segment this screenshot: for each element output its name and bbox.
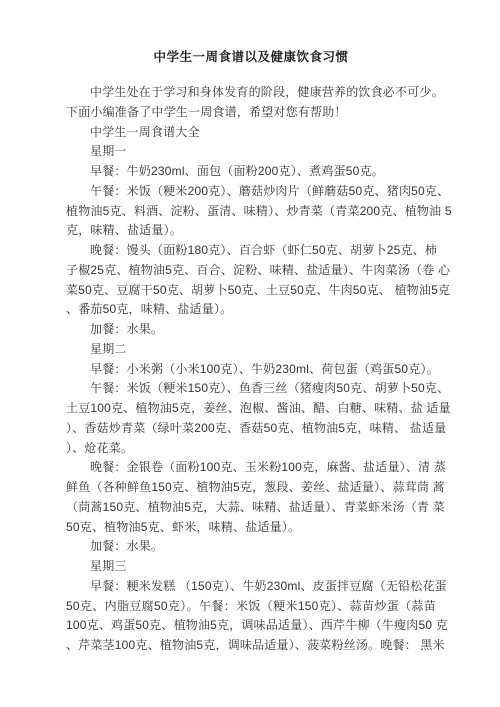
text-line: 加餐：水果。: [66, 320, 436, 340]
text-line: 50克、植物油5克、虾米，味精、盐适量）。: [66, 518, 436, 538]
text-line: 星期三: [66, 557, 436, 577]
text-line: 下面小编准备了中学生一周食谱，希望对您有帮助！: [66, 103, 436, 123]
text-line: 植物油5克、料酒、淀粉、蛋清、味精）、炒青菜（青菜200克、植物油 5: [66, 202, 436, 222]
text-line: 中学生一周食谱大全: [66, 123, 436, 143]
text-line: 早餐：粳米发糕 （150克）、牛奶230ml、皮蛋拌豆腐（无铅松花蛋: [66, 577, 436, 597]
text-line: ）、炝花菜。: [66, 439, 436, 459]
text-line: 午餐：米饭（粳米200克）、蘑菇炒肉片（鲜蘑菇50克、猪肉50克、: [66, 182, 436, 202]
text-line: 、芹菜茎100克、植物油5克，调味品适量）、菠菜粉丝汤。晚餐： 黑米: [66, 636, 436, 656]
text-line: 早餐：牛奶230ml、面包（面粉200克）、煮鸡蛋50克。: [66, 162, 436, 182]
text-line: 克，味精、盐适量）。: [66, 221, 436, 241]
text-line: 晚餐：馒头（面粉180克）、百合虾（虾仁50克、胡萝卜25克、柿: [66, 241, 436, 261]
text-line: 中学生处在于学习和身体发育的阶段，健康营养的饮食必不可少。: [66, 83, 436, 103]
text-line: 土豆100克、植物油5克，姜丝、泡椒、酱油、醋、白糖、味精、盐 适量: [66, 399, 436, 419]
text-line: 星期一: [66, 142, 436, 162]
text-line: 子椒25克、植物油5克、百合、淀粉、味精、盐适量）、牛肉菜汤（卷 心: [66, 261, 436, 281]
text-line: 早餐：小米粥（小米100克）、牛奶230ml、荷包蛋（鸡蛋50克）。: [66, 360, 436, 380]
text-line: 晚餐：金银卷（面粉100克、玉米粉100克，麻酱、盐适量）、清 蒸: [66, 458, 436, 478]
text-line: 鲜鱼（各种鲜鱼150克、植物油5克，葱段、姜丝、盐适量）、蒜茸茼 蒿: [66, 478, 436, 498]
text-line: 50克、内脂豆腐50克）。午餐：米饭（粳米150克）、蒜苗炒蛋（蒜苗: [66, 597, 436, 617]
text-line: 100克、鸡蛋50克、植物油5克，调味品适量）、西芹牛柳（牛瘦肉50 克: [66, 616, 436, 636]
text-line: 加餐：水果。: [66, 537, 436, 557]
text-line: 星期二: [66, 340, 436, 360]
document-title: 中学生一周食谱以及健康饮食习惯: [66, 48, 436, 67]
text-line: ）、香菇炒青菜（绿叶菜200克、香菇50克、植物油5克，味精、 盐适量: [66, 419, 436, 439]
text-line: 午餐：米饭（粳米150克）、鱼香三丝（猪瘦肉50克、胡萝卜50克、: [66, 379, 436, 399]
document-body: 中学生处在于学习和身体发育的阶段，健康营养的饮食必不可少。下面小编准备了中学生一…: [66, 83, 436, 656]
text-line: 、番茄50克，味精、盐适量）。: [66, 300, 436, 320]
document-page: 中学生一周食谱以及健康饮食习惯 中学生处在于学习和身体发育的阶段，健康营养的饮食…: [0, 0, 500, 707]
text-line: （茼蒿150克、植物油5克，大蒜、味精、盐适量）、青菜虾米汤（青 菜: [66, 498, 436, 518]
text-line: 菜50克、豆腐干50克、胡萝卜50克、土豆50克、牛肉50克、 植物油5克: [66, 281, 436, 301]
